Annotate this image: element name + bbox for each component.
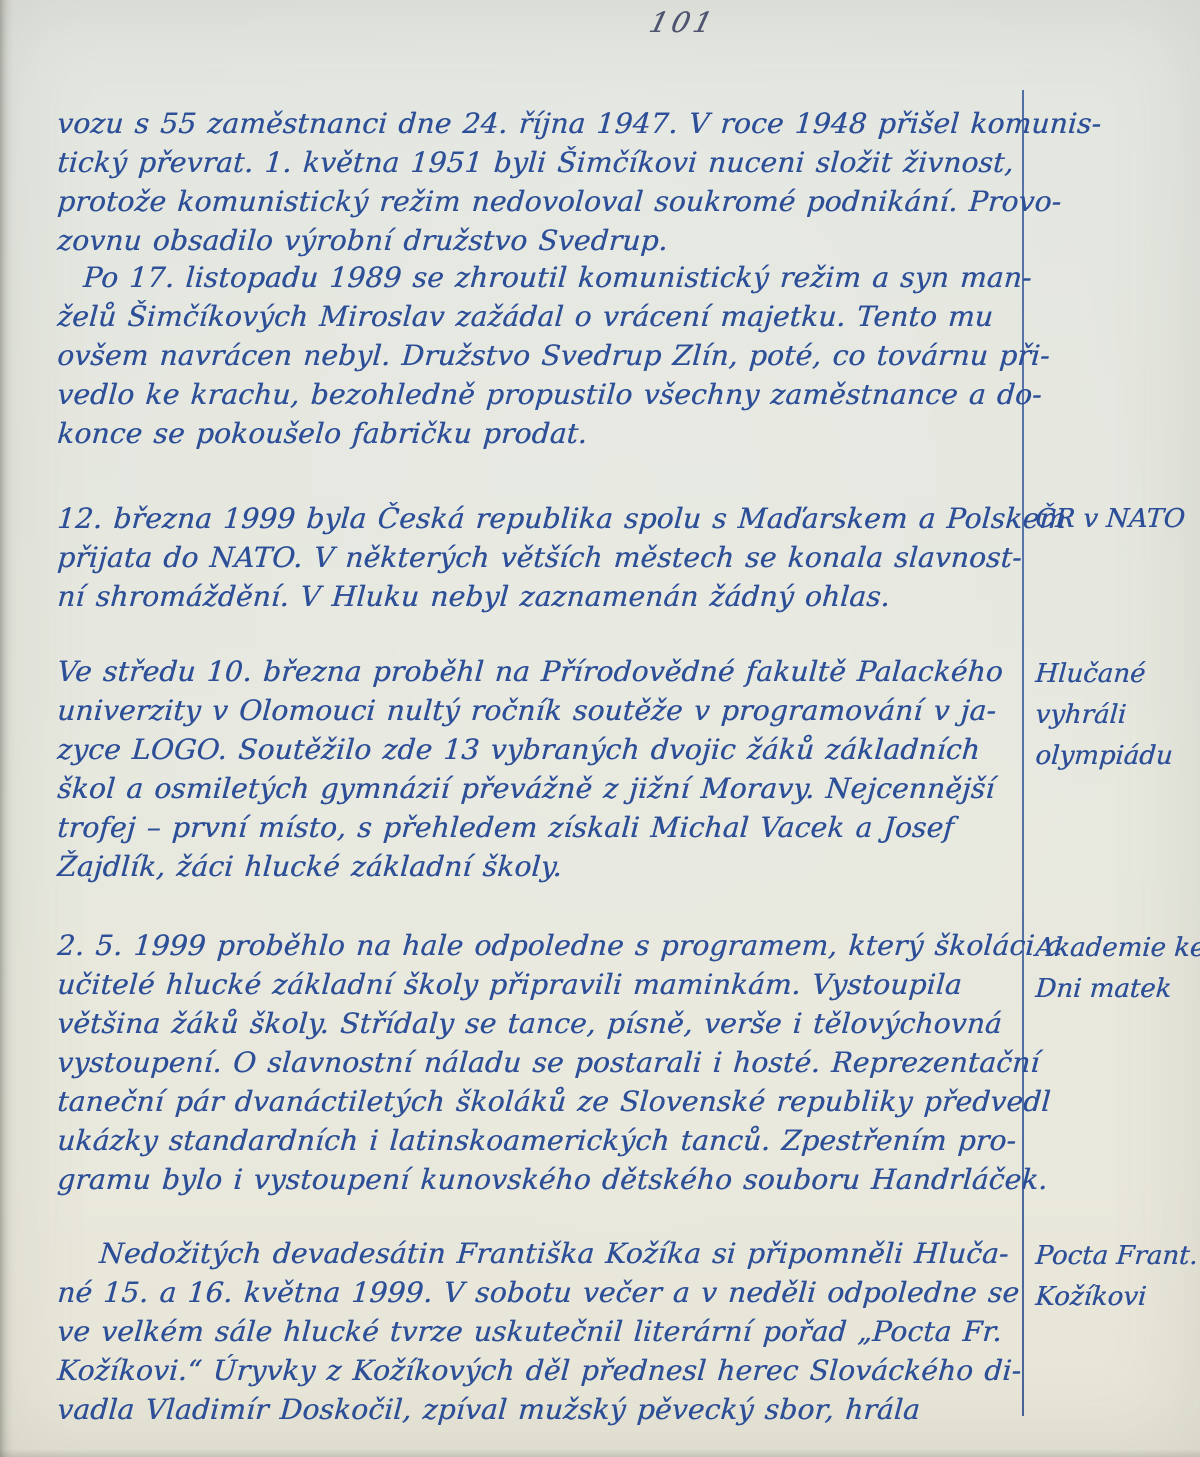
margin-note-cr-v-nato: ČR v NATO — [1034, 499, 1198, 540]
handwritten-line: učitelé hlucké základní školy připravili… — [56, 965, 1027, 1004]
handwritten-line: vozu s 55 zaměstnanci dne 24. října 1947… — [56, 104, 1027, 143]
handwritten-line: taneční pár dvanáctiletých školáků ze Sl… — [56, 1082, 1027, 1121]
paper-left-edge-shadow — [0, 0, 14, 1457]
handwritten-line: zyce LOGO. Soutěžilo zde 13 vybraných dv… — [56, 730, 1027, 769]
handwritten-line: ní shromáždění. V Hluku nebyl zaznamenán… — [56, 577, 1027, 616]
handwritten-line: želů Šimčíkových Miroslav zažádal o vrác… — [56, 297, 1027, 336]
handwritten-line: vedlo ke krachu, bezohledně propustilo v… — [56, 375, 1027, 414]
handwritten-line: ve velkém sále hlucké tvrze uskutečnil l… — [56, 1312, 1027, 1351]
handwritten-line: 2. 5. 1999 proběhlo na hale odpoledne s … — [56, 926, 1027, 965]
margin-note-line: Dni matek — [1034, 969, 1200, 1010]
handwritten-line: konce se pokoušelo fabričku prodat. — [56, 414, 1027, 453]
page-number: 101 — [646, 6, 720, 39]
handwritten-line: většina žáků školy. Střídaly se tance, p… — [56, 1004, 1027, 1043]
handwritten-line: Žajdlík, žáci hlucké základní školy. — [56, 847, 1027, 886]
paragraph-kozik-tribute: Nedožitých devadesátin Františka Kožíka … — [56, 1234, 1024, 1429]
handwritten-line: zovnu obsadilo výrobní družstvo Svedrup. — [56, 221, 1027, 260]
handwritten-line: gramu bylo i vystoupení kunovského dětsk… — [56, 1160, 1027, 1199]
margin-note-line: olympiádu — [1034, 736, 1200, 777]
margin-note-mothers-day: Akademie ke Dni matek — [1034, 928, 1198, 1010]
handwritten-line: přijata do NATO. V některých větších měs… — [56, 538, 1027, 577]
paragraph-restitution: Po 17. listopadu 1989 se zhroutil komuni… — [56, 258, 1024, 453]
handwritten-line: ukázky standardních i latinskoamerických… — [56, 1121, 1027, 1160]
margin-note-line: Pocta Frant. — [1034, 1236, 1200, 1277]
margin-note-line: vyhráli — [1034, 695, 1200, 736]
paragraph-factory-history: vozu s 55 zaměstnanci dne 24. října 1947… — [56, 104, 1024, 260]
margin-note-line: ČR v NATO — [1034, 499, 1200, 540]
paragraph-logo-contest: Ve středu 10. března proběhl na Přírodov… — [56, 652, 1024, 886]
handwritten-line: Kožíkovi.“ Úryvky z Kožíkových děl předn… — [56, 1351, 1027, 1390]
handwritten-line: vadla Vladimír Doskočil, zpíval mužský p… — [56, 1390, 1027, 1429]
paragraph-nato: 12. března 1999 byla Česká republika spo… — [56, 499, 1024, 616]
margin-note-olympiad: Hlučané vyhráli olympiádu — [1034, 654, 1198, 777]
handwritten-line: vystoupení. O slavnostní náladu se posta… — [56, 1043, 1027, 1082]
margin-note-kozik: Pocta Frant. Kožíkovi — [1034, 1236, 1198, 1318]
handwritten-line: né 15. a 16. května 1999. V sobotu večer… — [56, 1273, 1027, 1312]
handwritten-line: univerzity v Olomouci nultý ročník soutě… — [56, 691, 1027, 730]
paper-bottom-edge-shadow — [0, 1449, 1200, 1457]
margin-note-line: Akademie ke — [1034, 928, 1200, 969]
handwritten-line: Ve středu 10. března proběhl na Přírodov… — [56, 652, 1027, 691]
handwritten-line: Po 17. listopadu 1989 se zhroutil komuni… — [56, 258, 1027, 297]
handwritten-line: škol a osmiletých gymnázií převážně z ji… — [56, 769, 1027, 808]
paragraph-mothers-day: 2. 5. 1999 proběhlo na hale odpoledne s … — [56, 926, 1024, 1199]
handwritten-line: Nedožitých devadesátin Františka Kožíka … — [56, 1234, 1027, 1273]
handwritten-line: tický převrat. 1. května 1951 byli Šimčí… — [56, 143, 1027, 182]
page: 101 vozu s 55 zaměstnanci dne 24. října … — [0, 0, 1200, 1457]
handwritten-line: 12. března 1999 byla Česká republika spo… — [56, 499, 1027, 538]
margin-note-line: Kožíkovi — [1034, 1277, 1200, 1318]
handwritten-line: protože komunistický režim nedovoloval s… — [56, 182, 1027, 221]
handwritten-line: ovšem navrácen nebyl. Družstvo Svedrup Z… — [56, 336, 1027, 375]
margin-note-line: Hlučané — [1034, 654, 1200, 695]
handwritten-line: trofej – první místo, s přehledem získal… — [56, 808, 1027, 847]
